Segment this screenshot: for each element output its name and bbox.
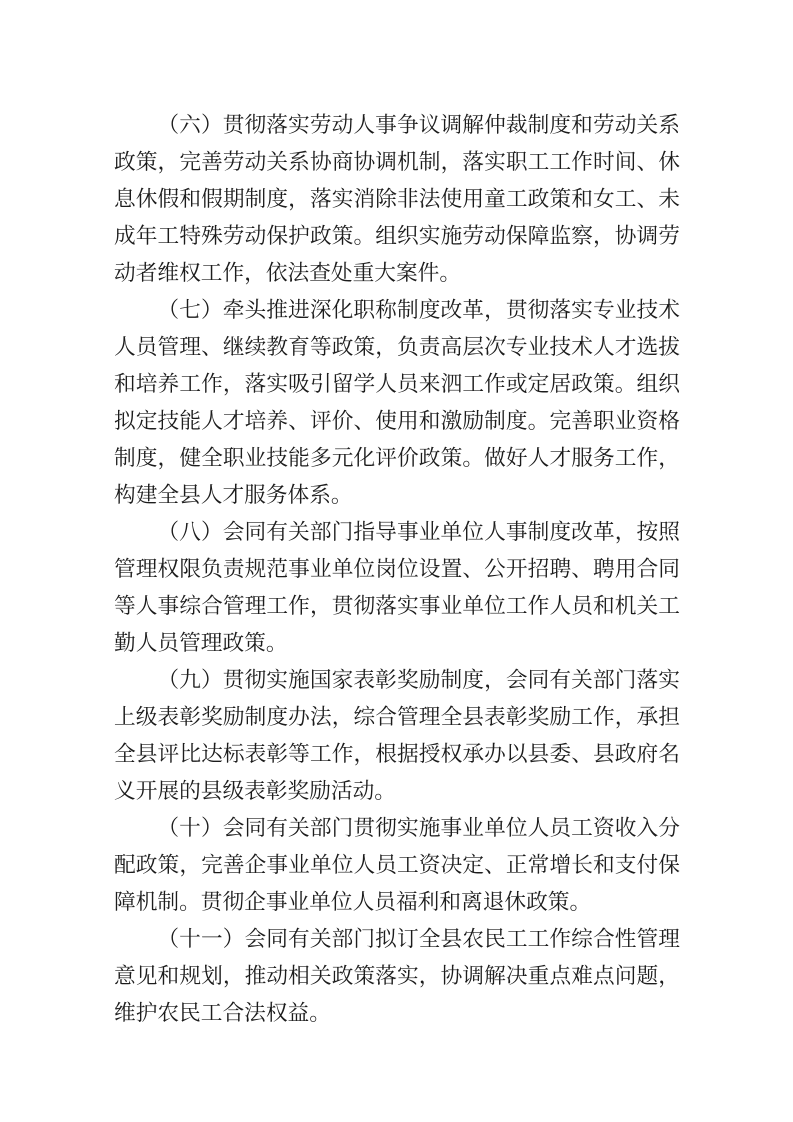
paragraph: （九）贯彻实施国家表彰奖励制度，会同有关部门落实上级表彰奖励制度办法，综合管理全…: [114, 662, 680, 810]
document-body: （六）贯彻落实劳动人事争议调解仲裁制度和劳动关系政策，完善劳动关系协商协调机制，…: [114, 107, 680, 1032]
paragraph: （八）会同有关部门指导事业单位人事制度改革，按照管理权限负责规范事业单位岗位设置…: [114, 514, 680, 662]
paragraph: （十）会同有关部门贯彻实施事业单位人员工资收入分配政策，完善企事业单位人员工资决…: [114, 810, 680, 921]
paragraph: （十一）会同有关部门拟订全县农民工工作综合性管理意见和规划，推动相关政策落实，协…: [114, 921, 680, 1032]
paragraph: （六）贯彻落实劳动人事争议调解仲裁制度和劳动关系政策，完善劳动关系协商协调机制，…: [114, 107, 680, 292]
document-page: （六）贯彻落实劳动人事争议调解仲裁制度和劳动关系政策，完善劳动关系协商协调机制，…: [0, 0, 793, 1122]
paragraph: （七）牵头推进深化职称制度改革，贯彻落实专业技术人员管理、继续教育等政策，负责高…: [114, 292, 680, 514]
